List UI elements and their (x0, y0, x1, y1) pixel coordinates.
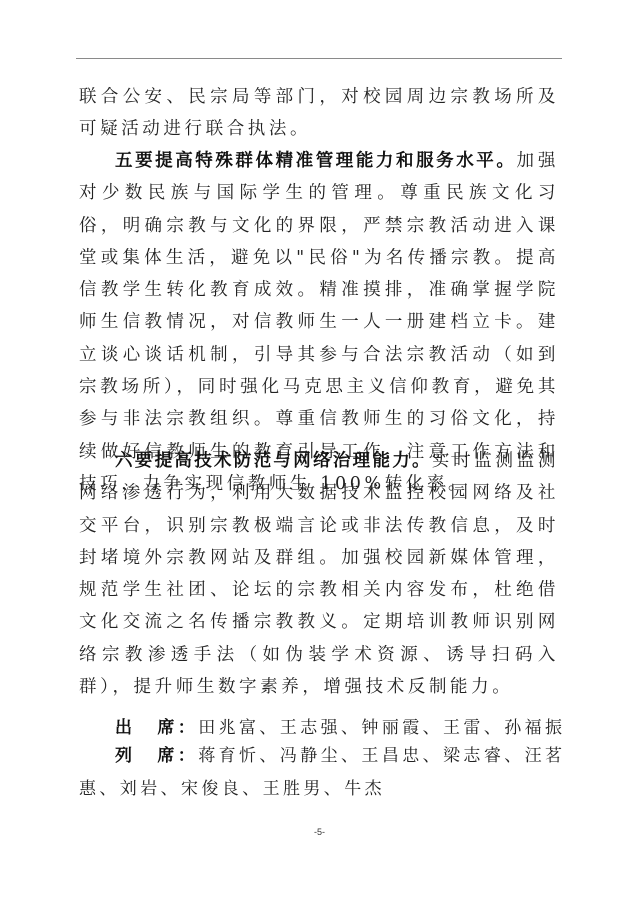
attendance-present-names: 田兆富、王志强、钟丽霞、王雷、孙福振 (198, 718, 565, 738)
header-rule (76, 58, 562, 59)
page-number: -5- (0, 827, 639, 837)
paragraph-six: 六要提高技术防范与网络治理能力。实时监测监测网络渗透行为，利用大数据技术监控校园… (79, 445, 559, 703)
label-char: 出 (115, 718, 135, 738)
paragraph-text: 联合公安、民宗局等部门，对校园周边宗教场所及可疑活动进行联合执法。 (79, 87, 559, 139)
paragraph-heading: 六要提高技术防范与网络治理能力。 (115, 451, 432, 471)
paragraph-text: 实时监测监测网络渗透行为，利用大数据技术监控校园网络及社交平台，识别宗教极端言论… (79, 451, 559, 697)
attendance-attending: 列席：蒋育忻、冯静尘、王昌忠、梁志睿、汪茗惠、刘岩、宋俊良、王胜男、牛杰 (79, 740, 569, 806)
attendance-present: 出席：田兆富、王志强、钟丽霞、王雷、孙福振 (79, 713, 569, 738)
label-char: 列 (115, 746, 135, 766)
label-char: 席： (157, 718, 198, 738)
attendance-attending-label: 列席： (115, 746, 198, 766)
attendance-present-label: 出席： (115, 718, 198, 738)
paragraph-text: 加强对少数民族与国际学生的管理。尊重民族文化习俗，明确宗教与文化的界限，严禁宗教… (79, 151, 559, 494)
paragraph-continuation: 联合公安、民宗局等部门，对校园周边宗教场所及可疑活动进行联合执法。 (79, 81, 559, 146)
label-char: 席： (157, 746, 198, 766)
paragraph-heading: 五要提高特殊群体精准管理能力和服务水平。 (115, 151, 516, 171)
